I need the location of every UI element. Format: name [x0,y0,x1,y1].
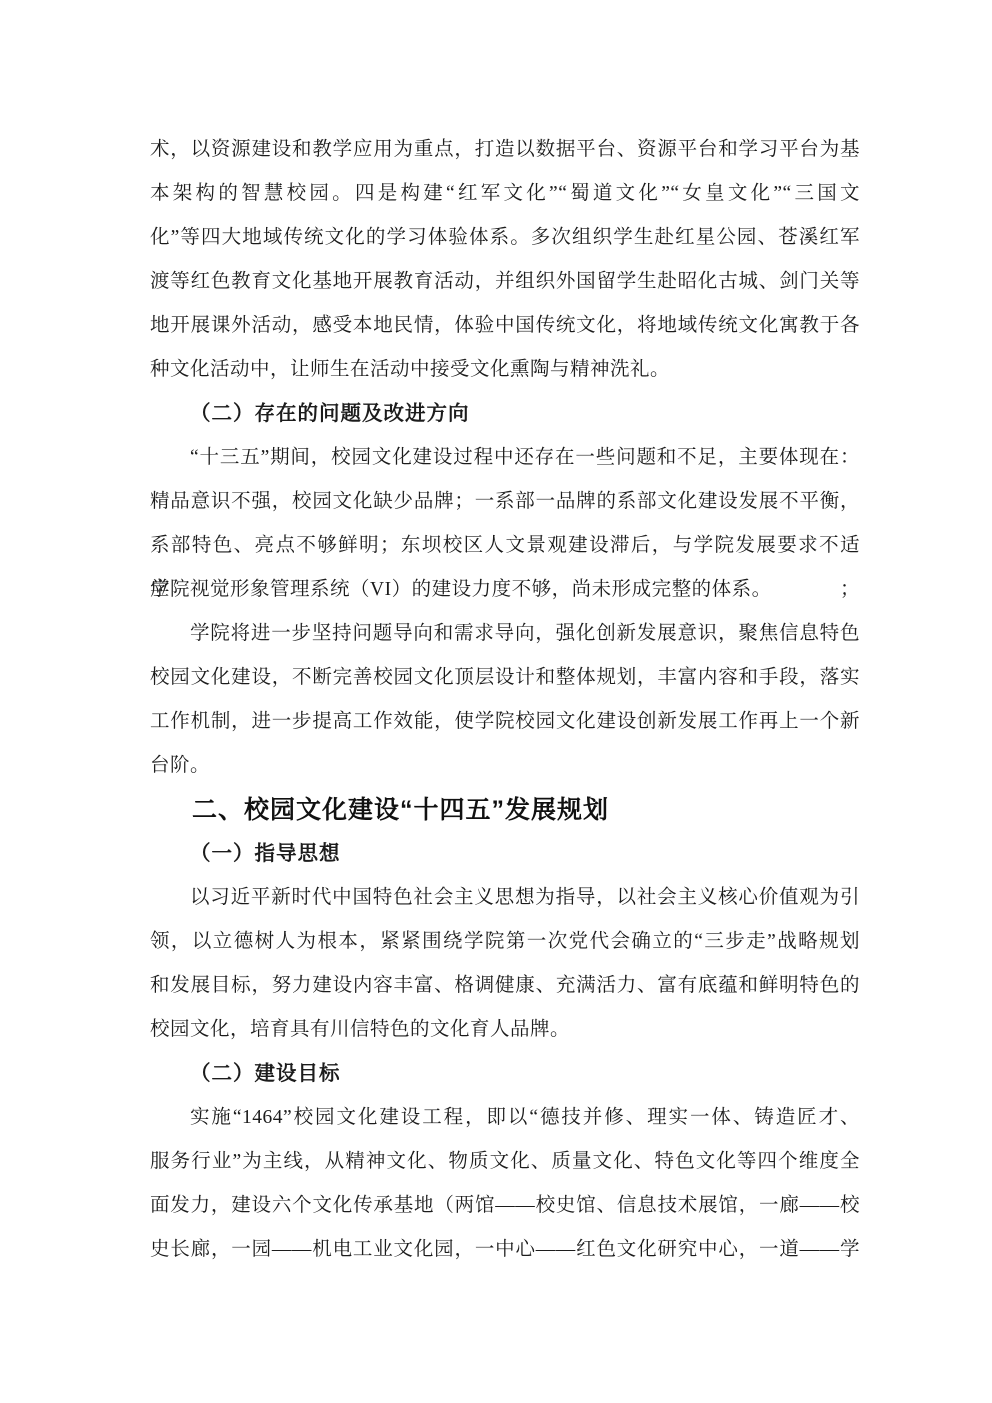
text-line: 校园文化建设，不断完善校园文化顶层设计和整体规划，丰富内容和手段，落实 [150,656,860,700]
text-line: 领，以立德树人为根本，紧紧围绕学院第一次党代会确立的“三步走”战略规划 [150,920,860,964]
section-heading-14th-five-year-plan: 二、校园文化建设“十四五”发展规划 [150,788,860,832]
text-line: 史长廊，一园——机电工业文化园，一中心——红色文化研究中心，一道——学 [150,1228,860,1272]
sub-heading-guiding-ideology: （一）指导思想 [150,832,860,876]
text-line: 以习近平新时代中国特色社会主义思想为指导，以社会主义核心价值观为引 [150,876,860,920]
text-line: 地开展课外活动，感受本地民情，体验中国传统文化，将地域传统文化寓教于各 [150,304,860,348]
text-line: “十三五”期间，校园文化建设过程中还存在一些问题和不足，主要体现在： [150,436,860,480]
text-line: 学院视觉形象管理系统（VI）的建设力度不够，尚未形成完整的体系。 [150,568,860,612]
document-page: 术，以资源建设和教学应用为重点，打造以数据平台、资源平台和学习平台为基本架构的智… [0,0,992,1403]
text-line: 精品意识不强，校园文化缺少品牌；一系部一品牌的系部文化建设发展不平衡， [150,480,860,524]
text-line: 化”等四大地域传统文化的学习体验体系。多次组织学生赴红星公园、苍溪红军 [150,216,860,260]
text-line: 校园文化，培育具有川信特色的文化育人品牌。 [150,1008,860,1052]
text-line: 服务行业”为主线，从精神文化、物质文化、质量文化、特色文化等四个维度全 [150,1140,860,1184]
text-line: 术，以资源建设和教学应用为重点，打造以数据平台、资源平台和学习平台为基 [150,128,860,172]
text-line: 系部特色、亮点不够鲜明；东坝校区人文景观建设滞后，与学院发展要求不适应； [150,524,860,568]
text-line: 学院将进一步坚持问题导向和需求导向，强化创新发展意识，聚焦信息特色 [150,612,860,656]
text-line: 本架构的智慧校园。四是构建“红军文化”“蜀道文化”“女皇文化”“三国文 [150,172,860,216]
text-line: 台阶。 [150,744,860,788]
text-line: 面发力，建设六个文化传承基地（两馆——校史馆、信息技术展馆，一廊——校 [150,1184,860,1228]
text-line: 和发展目标，努力建设内容丰富、格调健康、充满活力、富有底蕴和鲜明特色的 [150,964,860,1008]
sub-heading-construction-goals: （二）建设目标 [150,1052,860,1096]
text-line: 种文化活动中，让师生在活动中接受文化熏陶与精神洗礼。 [150,348,860,392]
text-line: 工作机制，进一步提高工作效能，使学院校园文化建设创新发展工作再上一个新 [150,700,860,744]
text-line: 实施“1464”校园文化建设工程，即以“德技并修、理实一体、铸造匠才、 [150,1096,860,1140]
sub-heading-problems: （二）存在的问题及改进方向 [150,392,860,436]
text-line: 渡等红色教育文化基地开展教育活动，并组织外国留学生赴昭化古城、剑门关等 [150,260,860,304]
document-content: 术，以资源建设和教学应用为重点，打造以数据平台、资源平台和学习平台为基本架构的智… [150,128,860,1272]
